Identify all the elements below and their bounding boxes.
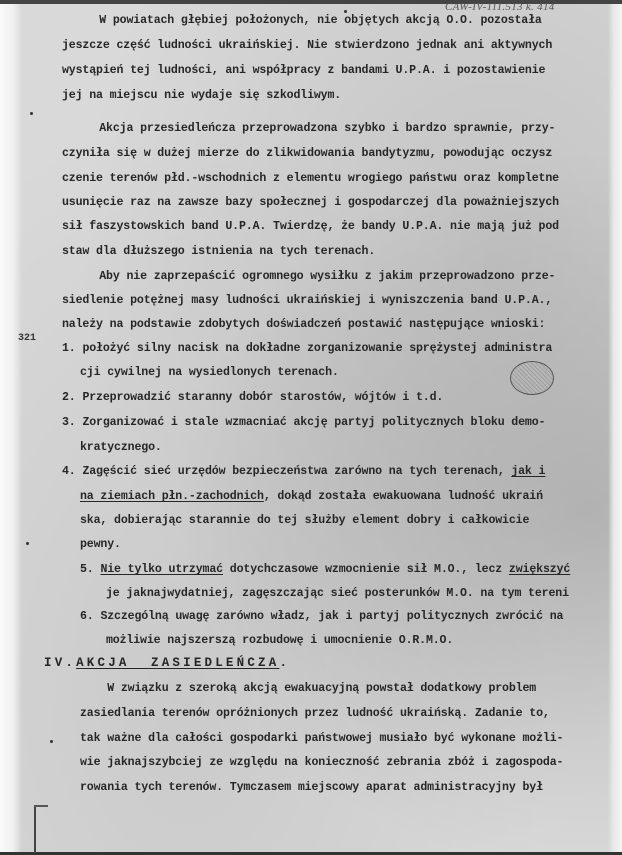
margin-mark-horizontal <box>34 805 48 807</box>
underlined-text: jak i <box>511 465 545 478</box>
scan-speck <box>344 10 347 13</box>
section-number: IV. <box>44 656 76 670</box>
scan-right-margin <box>608 0 622 855</box>
text-line: wystąpień tej ludności, ani współpracy z… <box>62 64 545 77</box>
list-item-5: 5. Nie tylko utrzymać dotychczasowe wzmo… <box>80 563 570 576</box>
text-line: czenie terenów płd.-wschodnich z element… <box>62 172 559 185</box>
scan-speck <box>30 112 33 115</box>
text-line: W związku z szeroką akcją ewakuacyjną po… <box>80 682 536 695</box>
section-title: AKCJA ZASIEDLEŃCZA <box>76 656 279 670</box>
list-item-4-cont: ska, dobierając starannie do tej służby … <box>80 514 529 527</box>
scan-left-margin <box>0 0 22 855</box>
list-text: Zagęścić sieć urzędów bezpieczeństwa zar… <box>82 465 511 478</box>
list-item-3-cont: kratycznego. <box>80 441 162 454</box>
list-number: 3. <box>62 416 76 429</box>
list-text: położyć silny nacisk na dokładne zorgani… <box>82 342 552 355</box>
text-line: staw dla dłuższego istnienia na tych ter… <box>62 245 375 258</box>
list-item-4: 4. Zagęścić sieć urzędów bezpieczeństwa … <box>62 465 545 478</box>
list-item-2: 2. Przeprowadzić staranny dobór starostó… <box>62 391 443 404</box>
scanned-document-page: CAW-IV-111.513 k. 414 W powiatach głębie… <box>0 0 622 855</box>
text-line: wie jaknajszybciej ze względu na koniecz… <box>80 756 563 769</box>
text-line: tak ważne dla całości gospodarki państwo… <box>80 732 563 745</box>
text-line: jej na miejscu nie wydaje się szkodliwym… <box>62 89 341 102</box>
list-item-5-cont: je jaknajwydatniej, zagęszczając sieć po… <box>106 587 569 600</box>
list-item-1-cont: cji cywilnej na wysiedlonych terenach. <box>80 366 339 379</box>
list-number: 1. <box>62 342 76 355</box>
underlined-text: Nie tylko utrzymać <box>100 563 223 576</box>
scan-speck <box>26 542 29 545</box>
text-line: należy na podstawie zdobytych doświadcze… <box>62 318 545 331</box>
text-line: siedlenie potężnej masy ludności ukraińs… <box>62 294 552 307</box>
list-item-6-cont: możliwie najszerszą rozbudowę i umocnien… <box>106 634 453 647</box>
scan-speck <box>50 740 53 743</box>
text-line: sił faszystowskich band U.P.A. Twierdzę,… <box>62 220 559 233</box>
text-line: W powiatach głębiej położonych, nie obję… <box>72 14 542 27</box>
underlined-text: na ziemiach płn.-zachodnich <box>80 490 264 503</box>
text-line: jeszcze część ludności ukraińskiej. Nie … <box>62 39 552 52</box>
list-text: , dokąd została ewakuowana ludność ukrai… <box>264 490 543 503</box>
list-item-4-cont: na ziemiach płn.-zachodnich, dokąd zosta… <box>80 490 543 503</box>
margin-note: 321 <box>18 333 36 344</box>
section-heading: IV.AKCJA ZASIEDLEŃCZA. <box>44 656 290 670</box>
text-line: czyniła się w dużej mierze do zlikwidowa… <box>62 147 552 160</box>
list-text: Szczególną uwagę zarówno władz, jak i pa… <box>100 610 563 623</box>
list-text: Zorganizować i stale wzmacniać akcję par… <box>82 416 545 429</box>
text-line: rowania tych terenów. Tymczasem miejscow… <box>80 781 543 794</box>
list-number: 2. <box>62 391 76 404</box>
list-text: dotychczasowe wzmocnienie sił M.O., lecz <box>223 563 509 576</box>
underlined-text: zwiększyć <box>509 563 570 576</box>
list-number: 6. <box>80 610 94 623</box>
archive-stamp <box>510 361 554 395</box>
margin-mark-vertical <box>34 805 36 853</box>
list-item-1: 1. położyć silny nacisk na dokładne zorg… <box>62 342 552 355</box>
text-line: Aby nie zaprzepaścić ogromnego wysiłku z… <box>72 270 555 283</box>
text-line: Akcja przesiedleńcza przeprowadzona szyb… <box>72 122 555 135</box>
text-line: usunięcie raz na zawsze bazy społecznej … <box>62 196 559 209</box>
list-item-3: 3. Zorganizować i stale wzmacniać akcję … <box>62 416 545 429</box>
list-number: 4. <box>62 465 76 478</box>
list-number: 5. <box>80 563 94 576</box>
list-text: Przeprowadzić staranny dobór starostów, … <box>82 391 443 404</box>
list-item-4-cont: pewny. <box>80 538 121 551</box>
list-item-6: 6. Szczególną uwagę zarówno władz, jak i… <box>80 610 563 623</box>
archive-reference: CAW-IV-111.513 k. 414 <box>445 1 555 13</box>
text-line: zasiedlania terenów opróżnionych przez l… <box>80 707 550 720</box>
